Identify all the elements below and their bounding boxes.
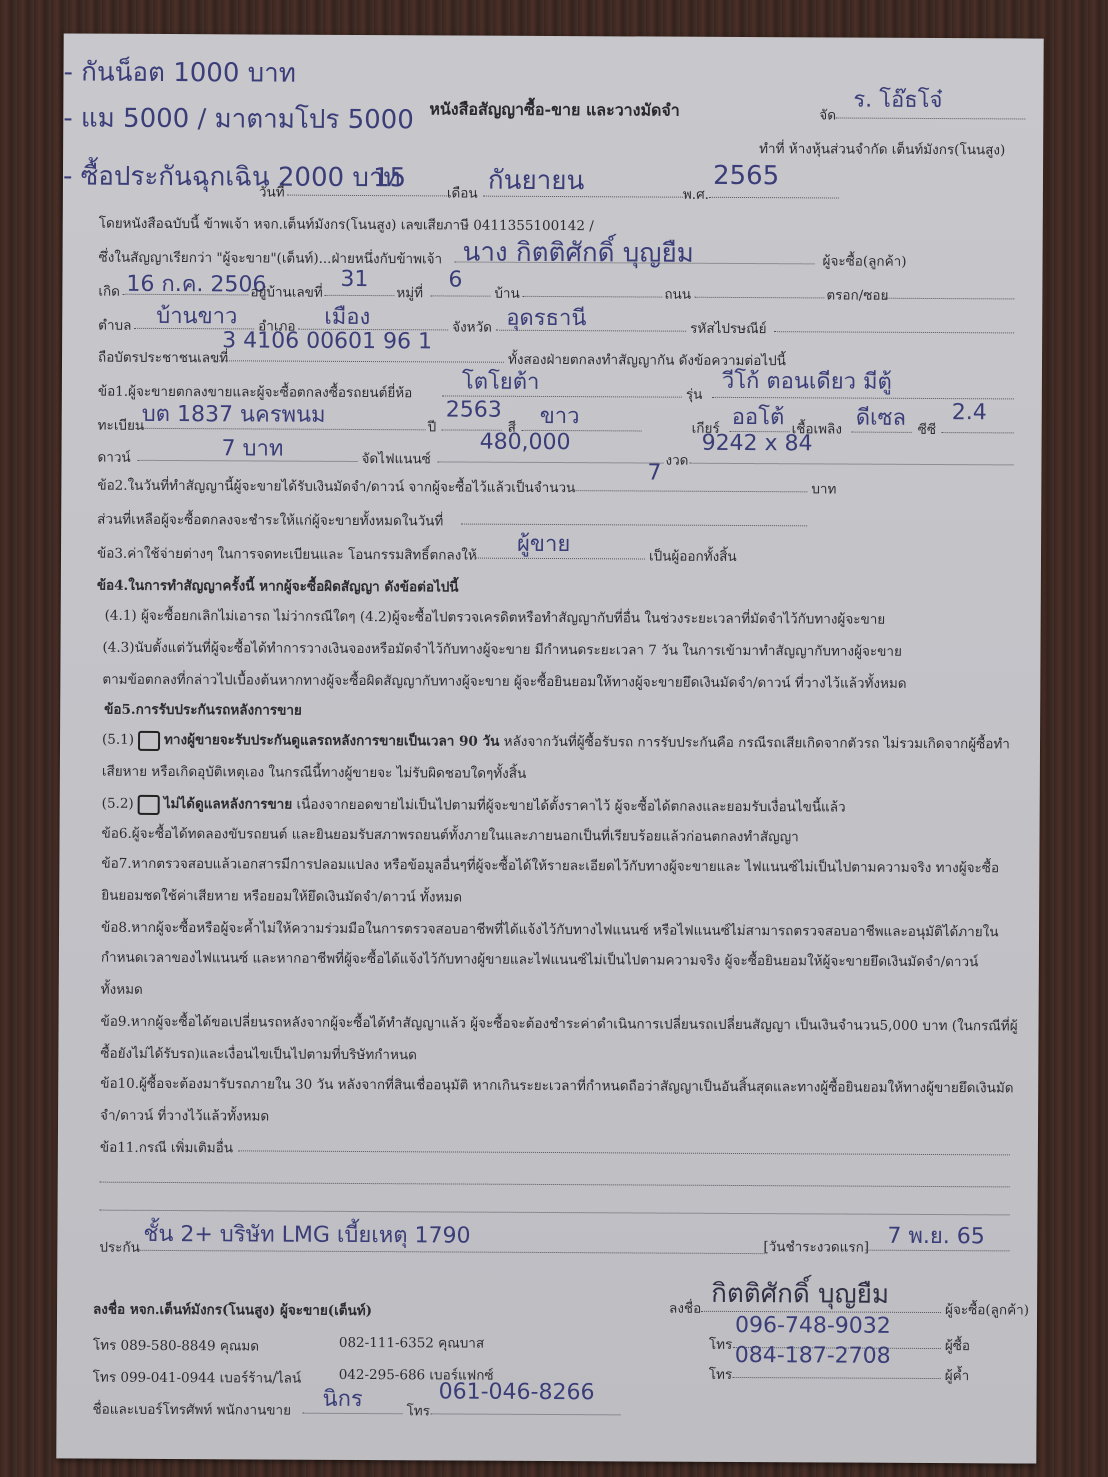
seller-signature-line: ลงชื่อ หจก.เต็นท์มังกร(โนนสูง) ผู้จะขาย(… xyxy=(93,1298,372,1321)
option-5-1-bold: ทางผู้ขายจะรับประกันดูแลรถหลังการขายเป็น… xyxy=(164,732,499,750)
down-label: ดาวน์ xyxy=(97,446,130,468)
clause-10a: ข้อ10.ผู้ซื้อจะต้องมารับรถภายใน 30 วัน ห… xyxy=(100,1072,1013,1099)
cc-label: ซีซี xyxy=(918,418,936,440)
fees-payer: ผู้ขาย xyxy=(517,526,570,561)
month-label: เดือน xyxy=(447,181,478,203)
staff-label: ชื่อและเบอร์โทรศัพท์ พนักงานขาย xyxy=(92,1398,291,1421)
clause-4-3: (4.3)นับตั้งแต่วันที่ผู้จะซื้อได้ทำการวา… xyxy=(102,636,901,662)
house-value: 31 xyxy=(340,267,368,292)
staff-name: นิกร xyxy=(323,1381,363,1416)
year-model-label: ปี xyxy=(428,415,437,437)
down-value: 7 บาท xyxy=(221,430,283,465)
note-line-3: - ซื้อประกันฉุกเฉิน 2000 บาท xyxy=(63,155,401,198)
contract-paper: - กันน็อต 1000 บาท - แม 5000 / มาตามโปร … xyxy=(56,33,1043,1463)
clause-7b: ยินยอมชดใช้ค่าเสียหาย หรือยอมให้ยึดเงินม… xyxy=(101,884,462,908)
province-label: จังหวัด xyxy=(452,315,492,337)
clause-10b: จำ/ดาวน์ ที่วางไว้แล้วทั้งหมด xyxy=(100,1104,269,1127)
first-payment-label: [วันชำระงวดแรก] xyxy=(763,1235,869,1258)
option-5-2-rest: เนื่องจากยอดขายไม่เป็นไปตามที่ผู้จะขายได… xyxy=(292,797,846,816)
buyer-sign-suffix: ผู้จะซื้อ(ลูกค้า) xyxy=(945,1298,1029,1320)
guarantor-tel-label: โทร xyxy=(709,1363,733,1385)
installment-value: 9242 x 84 xyxy=(702,431,813,457)
clause-8c: ทั้งหมด xyxy=(101,978,143,1000)
plate-label: ทะเบียน xyxy=(98,414,145,436)
buyer-suffix: ผู้จะซื้อ(ลูกค้า) xyxy=(823,249,907,271)
insurance-value: ชั้น 2+ บริษัท LMG เบี้ยเหตุ 1790 xyxy=(143,1216,470,1253)
id-label: ถือบัตรประชาชนเลขที่ xyxy=(98,346,228,369)
clause-7a: ข้อ7.หากตรวจสอบแล้วเอกสารมีการปลอมแปลง ห… xyxy=(101,852,999,879)
moo-value: 6 xyxy=(448,267,462,292)
insurance-label: ประกัน xyxy=(99,1236,140,1258)
no-warranty-checkbox[interactable] xyxy=(138,794,160,814)
buyer-tel: 096-748-9032 xyxy=(735,1313,891,1339)
guarantor-tel-suffix: ผู้ค้ำ xyxy=(945,1364,970,1386)
staff-tel: 061-046-8266 xyxy=(439,1379,595,1405)
option-5-1-rest: หลังจากวันที่ผู้ซื้อรับรถ การรับประกันคื… xyxy=(499,734,1010,753)
deposit-unit: บาท xyxy=(811,477,836,499)
branch-value: ร. โอ๊ธโจ๋ xyxy=(853,82,942,117)
clause-5-title: ข้อ5.การรับประกันรถหลังการขาย xyxy=(104,698,302,721)
made-at: ทำที่ ห้างหุ้นส่วนจำกัด เต็นท์มังกร(โนนส… xyxy=(759,137,1005,160)
deposit-value: 7 xyxy=(647,461,661,486)
branch-label: จัด xyxy=(819,103,836,125)
id-value: 3 4106 00601 96 1 xyxy=(222,328,432,354)
no-warranty-option: (5.2)ไม่ได้ดูแลหลังการขาย เนื่องจากยอดขา… xyxy=(102,792,846,818)
plate-value: บต 1837 นครพนม xyxy=(142,396,326,432)
gear-value: ออโต้ xyxy=(732,399,785,434)
year-model-value: 2563 xyxy=(446,397,502,422)
clause-8b: กำหนดเวลาของไฟแนนซ์ และหากอาชีพที่ผู้จะซ… xyxy=(101,946,979,973)
model-label: รุ่น xyxy=(686,383,703,405)
finance-label: จัดไฟแนนซ์ xyxy=(361,447,430,469)
month-value: กันยายน xyxy=(488,160,585,202)
buyer-sign-label: ลงชื่อ xyxy=(669,1297,701,1319)
born-label: เกิด xyxy=(98,280,120,302)
day-label: วันที่ xyxy=(259,180,285,202)
option-5-1-number: (5.1) xyxy=(102,732,134,748)
clause-8a: ข้อ8.หากผู้จะซื้อหรือผู้จะค้ำไม่ให้ความร… xyxy=(101,916,999,943)
clause-2a: ข้อ2.ในวันที่ทำสัญญานี้ผู้จะขายได้รับเงิ… xyxy=(97,474,575,499)
warranty-option-90-days: (5.1)ทางผู้ขายจะรับประกันดูแลรถหลังการขา… xyxy=(102,728,1010,755)
warranty-90-days-checkbox[interactable] xyxy=(138,730,160,750)
clause-3-suffix: เป็นผู้ออกทั้งสิ้น xyxy=(649,545,737,567)
option-5-1-line2: เสียหาย หรือเกิดอุบัติเหตุเอง ในกรณีนี้ท… xyxy=(102,760,526,784)
clause-6: ข้อ6.ผู้จะซื้อได้ทดลองขับรถยนต์ และยินยอ… xyxy=(101,822,798,848)
clause-2b: ส่วนที่เหลือผู้จะซื้อตกลงจะชำระให้แก่ผู้… xyxy=(97,508,443,532)
year-value: 2565 xyxy=(713,161,779,191)
option-5-2-number: (5.2) xyxy=(102,796,134,812)
cc-value: 2.4 xyxy=(952,400,987,425)
note-line-1: - กันน็อต 1000 บาท xyxy=(63,51,296,93)
buyer-signature: กิตติศักดิ์ บุญยืม xyxy=(711,1273,889,1315)
buyer-name: นาง กิตติศักดิ์ บุญยืม xyxy=(462,232,693,274)
color-value: ขาว xyxy=(540,398,580,433)
province-value: อุดรธานี xyxy=(506,300,586,335)
staff-tel-label: โทร xyxy=(406,1399,430,1421)
clause-4-1: (4.1) ผู้จะซื้อยกเลิกไม่เอารถ ไม่ว่ากรณี… xyxy=(105,604,886,630)
fuel-value: ดีเซล xyxy=(856,400,906,435)
document-title: หนังสือสัญญาซื้อ-ขาย และวางมัดจำ xyxy=(429,97,680,123)
buyer-tel-label: โทร xyxy=(709,1333,733,1355)
day-value: 15 xyxy=(373,163,406,193)
year-label: พ.ศ. xyxy=(683,183,709,205)
option-5-2-bold: ไม่ได้ดูแลหลังการขาย xyxy=(164,796,293,813)
clause-4-tail: ตามข้อตกลงที่กล่าวไปเบื้องต้นหากทางผู้จะ… xyxy=(102,668,906,694)
clause-11: ข้อ11.กรณี เพิ่มเติมอื่น xyxy=(100,1136,233,1159)
buyer-tel-suffix: ผู้ซื้อ xyxy=(945,1334,970,1356)
note-line-2: - แม 5000 / มาตามโปร 5000 xyxy=(63,97,414,140)
road-label: ถนน xyxy=(664,283,691,305)
brand-value: โตโยต้า xyxy=(462,364,540,399)
house-label: อยู่บ้านเลขที่ xyxy=(250,280,323,302)
soi-label: ตรอก/ซอย xyxy=(826,283,888,305)
clause-9b: ซื้อยังไม่ได้รับรถ)และเงื่อนไขเป็นไปตามท… xyxy=(100,1042,417,1066)
finance-value: 480,000 xyxy=(480,430,571,455)
seller-phone-2: 082-111-6352 คุณบาส xyxy=(339,1331,484,1354)
postcode-label: รหัสไปรษณีย์ xyxy=(690,317,766,339)
clause-4-title: ข้อ4.ในการทำสัญญาครั้งนี้ หากผู้จะซื้อผิ… xyxy=(97,574,459,598)
seller-phone-1: โทร 089-580-8849 คุณมด xyxy=(93,1334,259,1357)
first-payment-value: 7 พ.ย. 65 xyxy=(887,1218,985,1254)
clause-9a: ข้อ9.หากผู้จะซื้อได้ขอเปลี่ยนรถหลังจากผู… xyxy=(101,1010,1018,1037)
tambon-label: ตำบล xyxy=(98,314,131,336)
installment-label: งวด xyxy=(665,449,688,471)
clause-3: ข้อ3.ค่าใช้จ่ายต่างๆ ในการจดทะเบียนและ โ… xyxy=(97,542,477,566)
moo-label: หมู่ที่ xyxy=(396,281,423,303)
born-value: 16 ก.ค. 2506 xyxy=(126,266,266,302)
guarantor-tel: 084-187-2708 xyxy=(735,1343,891,1369)
model-value: วีโก้ ตอนเดียว มีตู้ xyxy=(722,363,892,399)
seller-phone-3: โทร 099-041-0944 เบอร์ร้าน/ไลน์ xyxy=(93,1366,302,1389)
